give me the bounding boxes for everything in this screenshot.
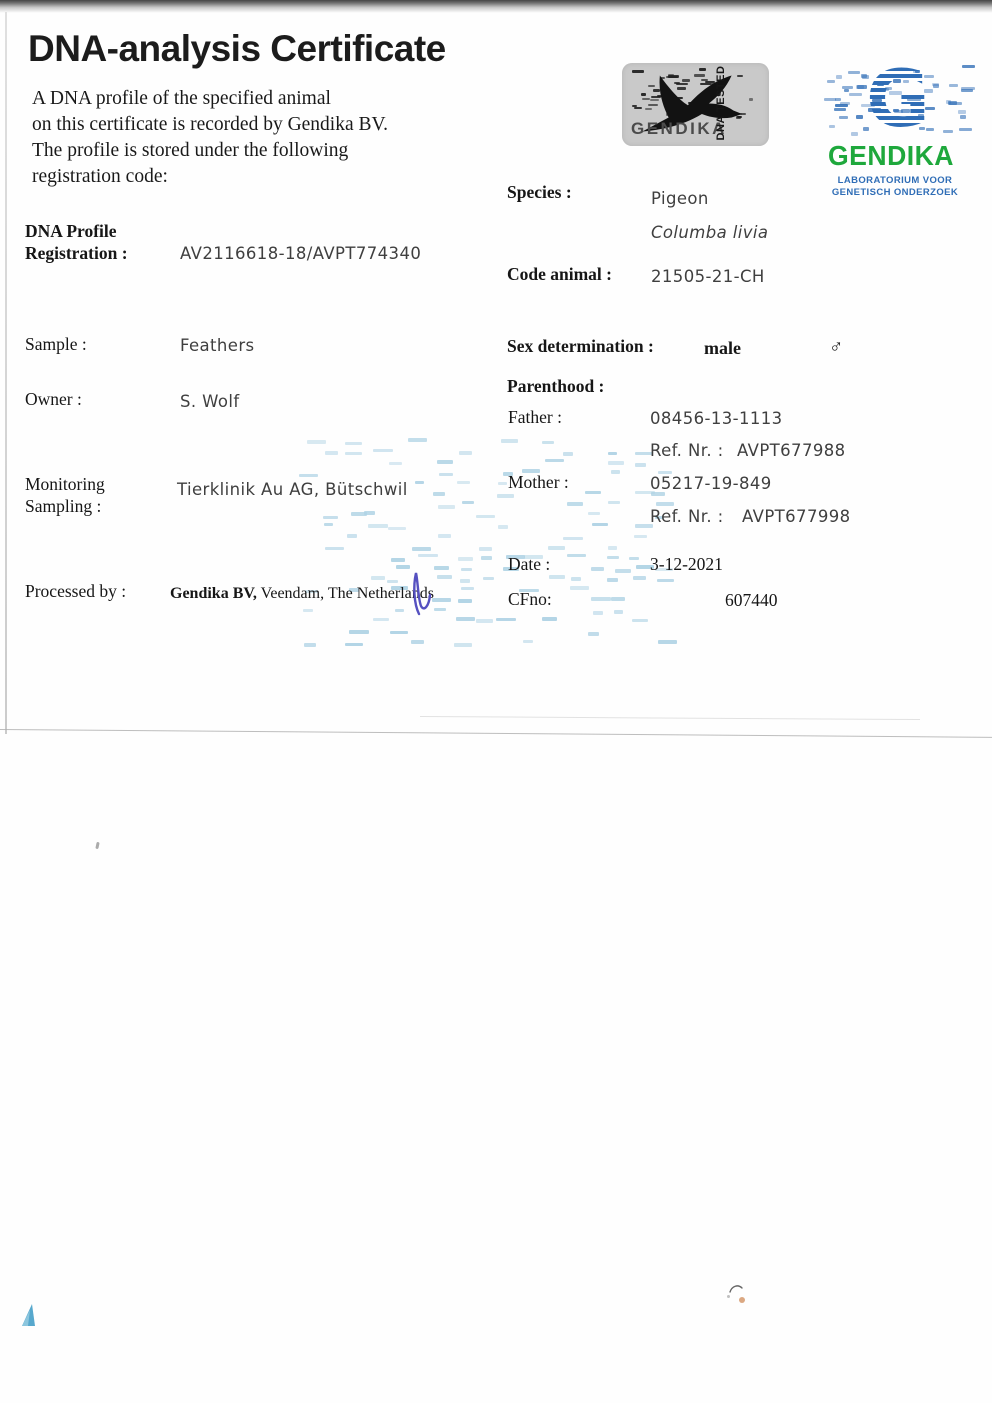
dna-gel-watermark xyxy=(298,437,674,655)
gel-band xyxy=(364,511,374,515)
logo-gel-band xyxy=(919,127,924,130)
gel-band xyxy=(459,451,472,455)
gel-band xyxy=(456,617,474,621)
gel-band xyxy=(479,547,492,551)
gel-band xyxy=(498,525,508,529)
father-ref-value: AVPT677988 xyxy=(737,441,846,460)
gel-band xyxy=(608,501,619,505)
gel-band xyxy=(345,442,362,446)
gel-band xyxy=(549,575,565,579)
gel-band xyxy=(304,643,316,647)
gel-band xyxy=(615,569,631,573)
logo-gel-band xyxy=(903,80,910,83)
gel-band xyxy=(325,547,344,551)
logo-gel-band xyxy=(880,117,893,120)
logo-gel-band xyxy=(872,99,882,102)
gel-band xyxy=(611,470,620,474)
monitoring-value: Tierklinik Au AG, Bütschwil xyxy=(177,480,408,499)
gel-band xyxy=(632,619,649,623)
logo-gel-band xyxy=(901,109,910,112)
logo-gel-band xyxy=(824,98,836,101)
logo-gel-band xyxy=(893,79,901,82)
logo-gel-band xyxy=(885,87,892,90)
intro-paragraph: A DNA profile of the specified animal on… xyxy=(32,86,388,190)
logo-gel-band xyxy=(851,132,858,135)
registration-value: AV2116618-18/AVPT774340 xyxy=(180,244,421,263)
date-label: Date : xyxy=(508,554,550,575)
gel-band xyxy=(345,452,362,456)
stamp-gendika-label: GENDIKA xyxy=(631,119,727,139)
logo-gel-band xyxy=(918,114,925,117)
gel-band xyxy=(415,481,425,485)
logo-gel-band xyxy=(949,102,962,105)
gel-band xyxy=(373,449,393,453)
gel-band xyxy=(325,451,337,455)
gel-band xyxy=(307,440,326,444)
processed-by-label: Processed by : xyxy=(25,581,126,602)
gel-band xyxy=(437,575,452,579)
gel-band xyxy=(633,576,646,580)
signature-mark xyxy=(404,570,436,618)
gel-band xyxy=(461,587,473,591)
gel-band xyxy=(571,577,581,581)
logo-gel-band xyxy=(926,128,933,131)
dna-tested-stamp: GENDIKA DNA TESTED xyxy=(622,63,769,146)
father-ref-label: Ref. Nr. : xyxy=(650,441,724,460)
gel-band xyxy=(629,557,639,561)
gel-band xyxy=(439,473,453,477)
registration-label: DNA Profile Registration : xyxy=(25,220,128,264)
gel-band xyxy=(476,619,493,623)
gel-band xyxy=(481,556,491,560)
gel-band xyxy=(460,579,469,583)
gel-band xyxy=(389,462,401,466)
gel-band xyxy=(391,558,405,562)
gel-band xyxy=(418,554,438,558)
gel-band xyxy=(593,611,603,615)
logo-gel-band xyxy=(960,115,966,118)
gel-band xyxy=(611,597,625,601)
gel-band xyxy=(545,459,564,463)
gel-band xyxy=(614,610,623,614)
logo-gel-band xyxy=(925,107,935,110)
logo-gel-band xyxy=(848,71,860,74)
gel-band xyxy=(461,568,471,572)
logo-g-glyph: G xyxy=(822,60,974,140)
logo-gel-band xyxy=(836,75,842,78)
gel-band xyxy=(657,579,674,583)
gel-band xyxy=(454,643,473,647)
cfno-value: 607440 xyxy=(725,590,778,611)
gel-band xyxy=(345,643,363,647)
paper-edge-shadow xyxy=(420,716,920,720)
logo-gel-band xyxy=(868,108,882,111)
logo-gel-band xyxy=(842,86,853,89)
gel-band xyxy=(501,439,518,443)
male-symbol-icon: ♂ xyxy=(829,337,843,359)
sex-determination-label: Sex determination : xyxy=(507,336,654,357)
gel-band xyxy=(390,631,408,635)
gel-band xyxy=(498,482,508,486)
gel-band xyxy=(585,491,601,495)
gel-band xyxy=(497,494,514,498)
sex-value: male xyxy=(704,338,741,359)
species-latin-name: Columba livia xyxy=(651,223,768,242)
logo-gel-band xyxy=(943,130,953,133)
processed-by-company: Gendika BV, xyxy=(170,585,257,602)
gel-band xyxy=(347,534,357,538)
gel-band xyxy=(476,515,495,519)
logo-gel-band xyxy=(907,97,921,100)
logo-gel-band xyxy=(844,89,849,92)
scan-left-edge xyxy=(5,12,7,734)
sample-value: Feathers xyxy=(180,336,255,355)
gel-band xyxy=(608,461,624,465)
logo-subtitle: LABORATORIUM VOOR GENETISCH ONDERZOEK xyxy=(815,175,975,198)
gel-band xyxy=(567,502,583,506)
species-value: Pigeon xyxy=(651,189,709,208)
logo-gel-band xyxy=(962,65,975,68)
gel-band xyxy=(588,632,598,636)
mother-label: Mother : xyxy=(508,472,569,493)
owner-label: Owner : xyxy=(25,389,82,410)
gel-band xyxy=(395,609,404,613)
logo-gel-band xyxy=(949,84,958,87)
gel-band xyxy=(462,501,474,505)
gel-band xyxy=(591,567,604,571)
mother-ref-label: Ref. Nr. : xyxy=(650,507,724,526)
gel-band xyxy=(438,505,455,509)
gel-band xyxy=(433,492,445,496)
gendika-logo: G GENDIKA LABORATORIUM VOOR GENETISCH ON… xyxy=(815,62,980,204)
owner-value: S. Wolf xyxy=(180,392,240,411)
logo-gel-band xyxy=(856,85,864,88)
gel-band xyxy=(608,546,617,550)
logo-gel-band xyxy=(863,127,869,130)
gel-band xyxy=(371,576,385,580)
gel-band xyxy=(634,535,647,539)
logo-gel-band xyxy=(849,93,863,96)
date-value: 3-12-2021 xyxy=(650,554,723,575)
logo-gel-band xyxy=(924,89,933,92)
gel-band xyxy=(588,512,600,516)
gel-band xyxy=(408,438,427,442)
gel-band xyxy=(591,597,611,601)
gel-band xyxy=(349,630,369,634)
paper-bottom-edge xyxy=(0,729,992,738)
gel-band xyxy=(563,452,574,456)
gel-band xyxy=(635,463,646,467)
gel-band xyxy=(542,441,554,445)
gel-band xyxy=(496,618,515,622)
gel-band xyxy=(548,546,565,550)
gel-band xyxy=(542,617,557,621)
gel-band xyxy=(656,502,674,506)
logo-gel-band xyxy=(862,75,870,78)
logo-gel-band xyxy=(915,70,920,73)
gel-band xyxy=(658,640,677,644)
gel-band xyxy=(412,547,431,551)
gel-band xyxy=(299,474,319,478)
gel-band xyxy=(323,516,338,520)
processed-by-value: Gendika BV, Veendam, The Netherlands xyxy=(170,585,434,603)
gel-band xyxy=(608,452,617,456)
gel-band xyxy=(373,618,388,622)
gel-band xyxy=(607,578,618,582)
logo-gel-band xyxy=(958,110,967,113)
gel-band xyxy=(396,565,410,569)
logo-gel-band xyxy=(856,115,863,118)
gel-band xyxy=(434,566,448,570)
blue-triangle-mark xyxy=(22,1302,36,1326)
sample-label: Sample : xyxy=(25,334,87,355)
gel-band xyxy=(438,534,451,538)
father-label: Father : xyxy=(508,407,562,428)
gel-band xyxy=(387,580,398,584)
gel-band xyxy=(368,524,388,528)
gel-band xyxy=(437,460,453,464)
logo-gel-band xyxy=(834,108,846,111)
logo-gel-pattern: G xyxy=(822,64,974,138)
scan-speck-mark xyxy=(95,842,99,849)
cfno-label: CFno: xyxy=(508,589,552,610)
gel-band xyxy=(411,640,424,644)
logo-gel-band xyxy=(889,91,902,94)
logo-gel-band xyxy=(924,75,935,78)
logo-gel-band xyxy=(839,116,849,119)
stamp-dna-tested-label: DNA TESTED xyxy=(715,61,727,145)
code-animal-value: 21505-21-CH xyxy=(651,267,765,286)
logo-gel-band xyxy=(827,80,834,83)
gel-band xyxy=(607,556,620,560)
certificate-page: DNA-analysis Certificate A DNA profile o… xyxy=(0,0,992,1403)
gel-band xyxy=(458,599,472,603)
logo-gel-band xyxy=(877,83,884,86)
parenthood-label: Parenthood : xyxy=(507,376,604,397)
logo-gel-band xyxy=(889,123,895,126)
scan-smudge-curl xyxy=(728,1282,744,1296)
gel-band xyxy=(592,523,608,527)
gel-band xyxy=(434,608,446,612)
logo-gel-band xyxy=(840,102,850,105)
gel-band xyxy=(458,557,473,561)
gel-band xyxy=(563,537,583,541)
gel-band xyxy=(523,640,533,644)
gel-band xyxy=(324,523,333,527)
code-animal-label: Code animal : xyxy=(507,264,612,285)
logo-gel-band xyxy=(961,87,975,90)
page-title: DNA-analysis Certificate xyxy=(28,28,446,70)
logo-gel-band xyxy=(959,128,972,131)
mother-ref-value: AVPT677998 xyxy=(742,507,851,526)
mother-value: 05217-19-849 xyxy=(650,474,772,493)
monitoring-label: Monitoring Sampling : xyxy=(25,473,105,517)
gel-band xyxy=(457,481,470,485)
gel-band xyxy=(388,527,406,531)
scan-top-edge xyxy=(0,0,992,13)
scan-orange-dot xyxy=(739,1297,745,1303)
father-value: 08456-13-1113 xyxy=(650,409,783,428)
logo-gel-band xyxy=(932,83,939,86)
logo-brand-name: GENDIKA xyxy=(815,140,967,172)
gel-band xyxy=(570,586,589,590)
species-label: Species : xyxy=(507,182,572,203)
logo-gel-band xyxy=(829,125,835,128)
gel-band xyxy=(483,577,495,581)
gel-band xyxy=(303,609,313,613)
logo-gel-band xyxy=(861,104,874,107)
gel-band xyxy=(567,554,586,558)
